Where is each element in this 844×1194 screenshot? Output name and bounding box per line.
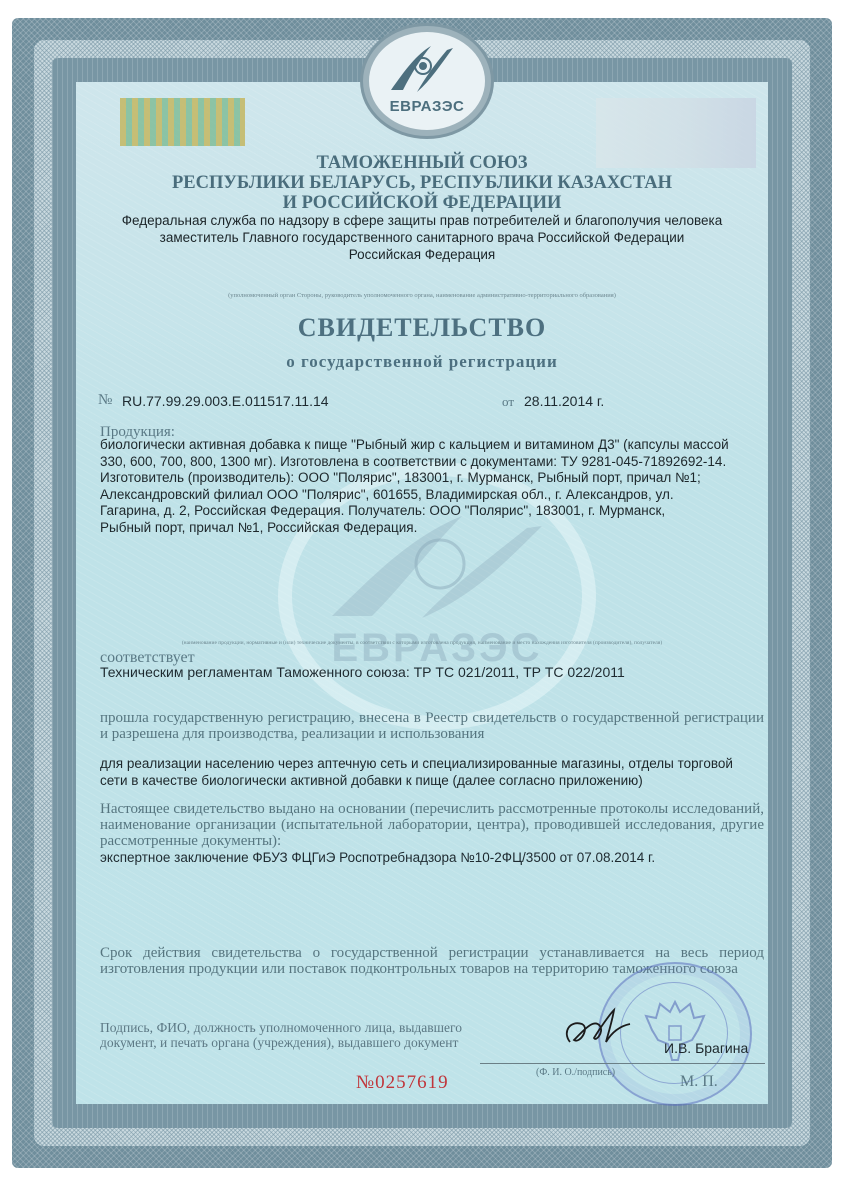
header-federation: И РОССИЙСКОЙ ФЕДЕРАЦИИ	[76, 193, 768, 213]
signature-caption: Подпись, ФИО, должность уполномоченного …	[100, 1020, 462, 1050]
compliance-text: Техническим регламентам Таможенного союз…	[100, 664, 625, 680]
eurasec-emblem-icon	[387, 40, 457, 98]
usage-description: для реализации населению через аптечную …	[100, 756, 770, 789]
authority-line-1: Федеральная служба по надзору в сфере за…	[76, 212, 768, 229]
document-subtitle: о государственной регистрации	[76, 352, 768, 372]
document-title: СВИДЕТЕЛЬСТВО	[76, 313, 768, 343]
usage-line: сети в качестве биологически активной до…	[100, 773, 770, 790]
fio-caption: (Ф. И. О./подпись)	[536, 1067, 615, 1078]
authority-line-2: заместитель Главного государственного са…	[76, 229, 768, 246]
signature-line	[480, 1063, 765, 1064]
registration-number: RU.77.99.29.003.E.011517.11.14	[122, 393, 329, 409]
usage-line: для реализации населению через аптечную …	[100, 756, 770, 773]
number-label: №	[98, 392, 112, 409]
product-line: 330, 600, 700, 800, 1300 мг). Изготовлен…	[100, 454, 770, 471]
header-republics: РЕСПУБЛИКИ БЕЛАРУСЬ, РЕСПУБЛИКИ КАЗАХСТА…	[76, 173, 768, 193]
product-caption: (наименование продукции, нормативные и (…	[76, 640, 768, 646]
authority-caption: (уполномоченный орган Стороны, руководит…	[76, 292, 768, 299]
double-headed-eagle-icon	[638, 994, 712, 1068]
product-description: биологически активная добавка к пище "Ры…	[100, 437, 770, 536]
product-line: Гагарина, д. 2, Российская Федерация. По…	[100, 503, 770, 520]
serial-number: №0257619	[356, 1072, 449, 1094]
product-line: Изготовитель (производитель): ООО "Поляр…	[100, 470, 770, 487]
authority-line-3: Российская Федерация	[76, 246, 768, 263]
basis-statement: Настоящее свидетельство выдано на основа…	[100, 801, 764, 849]
product-line: биологически активная добавка к пище "Ры…	[100, 437, 770, 454]
product-line: Александровский филиал ООО "Полярис", 60…	[100, 487, 770, 504]
signatory-name: И.В. Брагина	[664, 1040, 748, 1056]
registration-statement: прошла государственную регистрацию, внес…	[100, 710, 764, 742]
registration-date: 28.11.2014 г.	[524, 393, 604, 409]
emblem-label: ЕВРАЗЭС	[369, 98, 485, 115]
product-line: Рыбный порт, причал №1, Российская Федер…	[100, 520, 770, 537]
seal-label: М. П.	[680, 1073, 718, 1091]
basis-text: экспертное заключение ФБУЗ ФЦГиЭ Роспотр…	[100, 850, 655, 865]
date-label: от	[502, 394, 514, 410]
eurasec-emblem: ЕВРАЗЭС	[363, 26, 491, 136]
hologram-sticker	[120, 98, 245, 146]
handwritten-signature-icon	[560, 1002, 640, 1052]
header-union: ТАМОЖЕННЫЙ СОЮЗ	[76, 153, 768, 173]
